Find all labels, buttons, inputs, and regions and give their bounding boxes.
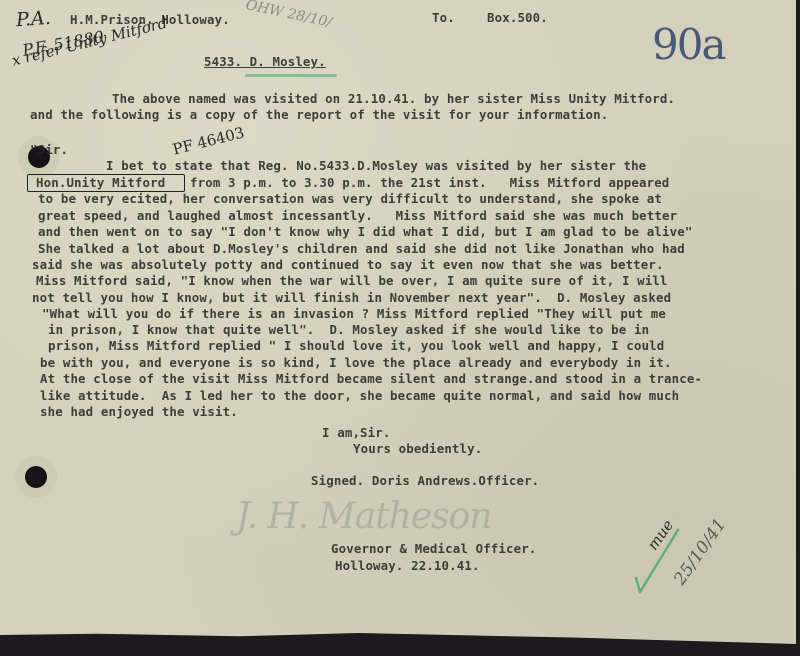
report-line: and then went on to say "I don't know wh…	[38, 224, 692, 239]
intro-line-2: and the following is a copy of the repor…	[30, 107, 608, 122]
pencil-initials-date: OHW 28/10/	[244, 0, 333, 31]
green-underline-mark	[245, 74, 337, 77]
governor-title: Governor & Medical Officer.	[331, 541, 536, 556]
boxed-name: Hon.Unity Mitford	[36, 175, 165, 190]
report-line: she had enjoyed the visit.	[40, 404, 238, 419]
intro-line-1: The above named was visited on 21.10.41.…	[112, 91, 675, 106]
closing-line-1: I am,Sir.	[322, 425, 391, 440]
punch-hole-bottom	[25, 466, 47, 488]
place-date: Holloway. 22.10.41.	[335, 558, 480, 573]
from-address: H.M.Prison, Holloway.	[70, 12, 230, 27]
report-line: She talked a lot about D.Mosley's childr…	[38, 241, 685, 256]
report-line: At the close of the visit Miss Mitford b…	[40, 371, 702, 386]
salutation: "Sir.	[30, 142, 68, 157]
report-line: like attitude. As I led her to the door,…	[40, 388, 679, 403]
handwritten-pa-note: P.A.	[15, 7, 51, 31]
report-line: be with you, and everyone is so kind, I …	[40, 355, 672, 370]
to-label: To.	[432, 10, 455, 25]
closing-line-2: Yours obediently.	[353, 441, 482, 456]
document-page: P.A. P.F. 51880 x refer Unity Mitford H.…	[0, 0, 796, 644]
report-line: prison, Miss Mitford replied " I should …	[48, 338, 664, 353]
to-value: Box.500.	[487, 10, 548, 25]
report-line: "What will you do if there is an invasio…	[42, 306, 666, 321]
subject-line: 5433. D. Mosley.	[204, 54, 326, 69]
report-line: Miss Mitford said, "I know when the war …	[36, 273, 668, 288]
handwritten-pf-ref: PF 46403	[171, 123, 246, 158]
report-line: great speed, and laughed almost incessan…	[38, 208, 677, 223]
report-line: in prison, I know that quite well". D. M…	[48, 322, 649, 337]
handwritten-file-ref: 90a	[652, 20, 724, 69]
governor-signature: J. H. Matheson	[236, 496, 491, 537]
signed-by: Signed. Doris Andrews.Officer.	[311, 473, 539, 488]
report-line: to be very ecited, her conversation was …	[38, 191, 662, 206]
report-line: not tell you how I know, but it will fin…	[32, 290, 671, 305]
report-line: from 3 p.m. to 3.30 p.m. the 21st inst. …	[190, 175, 669, 190]
report-line: said she was absolutely potty and contin…	[32, 257, 664, 272]
report-line: I bet to state that Reg. No.5433.D.Mosle…	[106, 158, 646, 173]
